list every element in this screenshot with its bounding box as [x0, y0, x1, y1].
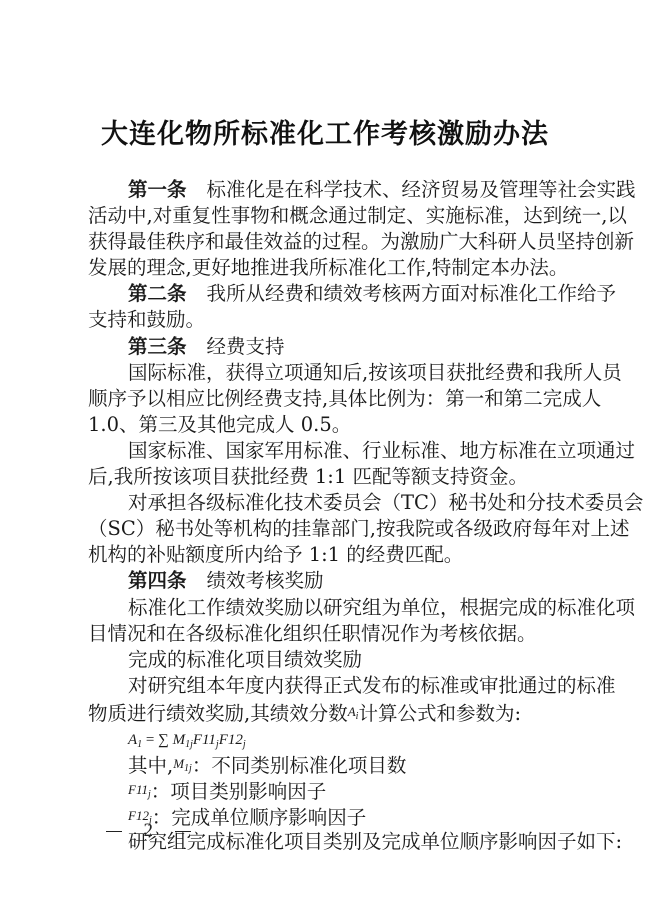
article-3-p3-line-1: 对承担各级标准化技术委员会（TC）秘书处和分技术委员会 [88, 490, 564, 516]
dash-right [175, 831, 191, 833]
article-3-p3-line-2: （SC）秘书处等机构的挂靠部门,按我院或各级政府每年对上述 [88, 516, 564, 542]
article-3-p1-line-2: 顺序予以相应比例经费支持,具体比例为：第一和第二完成人 [88, 386, 564, 412]
article-3-p1-line-1: 国际标准，获得立项通知后,按该项目获批经费和我所人员 [88, 360, 564, 386]
article-3-subtitle: 经费支持 [207, 335, 285, 358]
article-1-line-4: 发展的理念,更好地推进我所标准化工作,特制定本办法。 [88, 255, 564, 281]
article-3-p1-line-3: 1.0、第三及其他完成人 0.5。 [88, 412, 564, 438]
article-2-line-2: 支持和鼓励。 [88, 307, 564, 333]
article-1-heading: 第一条 [128, 178, 187, 201]
article-4-p2-line-1: 对研究组本年度内获得正式发布的标准或审批通过的标准 [88, 673, 564, 699]
document-page: 大连化物所标准化工作考核激励办法 第一条标准化是在科学技术、经济贸易及管理等社会… [0, 0, 650, 919]
article-3-heading: 第三条 [128, 335, 187, 358]
article-4-p2-line-2: 物质进行绩效奖励,其绩效分数Ai计算公式和参数为: [88, 699, 564, 725]
definition-f11: F11j：项目类别影响因子 [88, 777, 564, 803]
article-4-heading: 第四条 [128, 569, 187, 592]
article-4-p1-line-1: 标准化工作绩效奖励以研究组为单位，根据完成的标准化项 [88, 595, 564, 621]
article-4-subtitle: 绩效考核奖励 [207, 569, 324, 592]
article-2-heading: 第二条 [128, 282, 187, 305]
document-title: 大连化物所标准化工作考核激励办法 [0, 112, 650, 151]
article-3-heading-line: 第三条经费支持 [88, 334, 564, 360]
article-3-p3-line-3: 机构的补贴额度所内给予 1:1 的经费匹配。 [88, 542, 564, 568]
article-1-line-2: 活动中,对重复性事物和概念通过制定、实施标准，达到统一,以 [88, 203, 564, 229]
dash-left [106, 831, 122, 833]
article-2-line-1: 第二条我所从经费和绩效考核两方面对标准化工作给予 [88, 281, 564, 307]
score-formula: A1 = ∑ M1jF11jF12j [88, 725, 564, 751]
article-4-p1-line-2: 目情况和在各级标准化组织任职情况作为考核依据。 [88, 621, 564, 647]
article-1-line-1: 第一条标准化是在科学技术、经济贸易及管理等社会实践 [88, 177, 564, 203]
article-3-p2-line-1: 国家标准、国家军用标准、行业标准、地方标准在立项通过 [88, 438, 564, 464]
article-3-p2-line-2: 后,我所按该项目获批经费 1:1 匹配等额支持资金。 [88, 464, 564, 490]
article-1-line-3: 获得最佳秩序和最佳效益的过程。为激励广大科研人员坚持创新 [88, 229, 564, 255]
document-body: 第一条标准化是在科学技术、经济贸易及管理等社会实践 活动中,对重复性事物和概念通… [88, 177, 564, 855]
article-4-section-title: 完成的标准化项目绩效奖励 [88, 647, 564, 673]
article-4-heading-line: 第四条绩效考核奖励 [88, 568, 564, 594]
definition-m: 其中,M1j：不同类别标准化项目数 [88, 751, 564, 777]
score-symbol: Ai [348, 704, 359, 719]
page-number: 2 [106, 820, 191, 842]
